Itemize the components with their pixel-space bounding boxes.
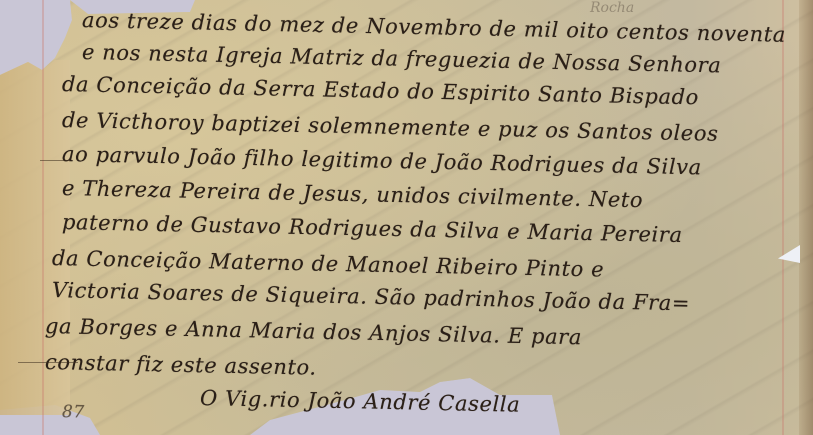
margin-number: 87: [62, 402, 85, 422]
margin-line-left: [42, 0, 44, 435]
margin-line-right: [782, 0, 784, 435]
margin-dash: [40, 160, 70, 161]
bleed-through-text: Rocha: [590, 0, 634, 16]
margin-dash: [18, 362, 78, 363]
page-binding-edge: [799, 0, 813, 435]
